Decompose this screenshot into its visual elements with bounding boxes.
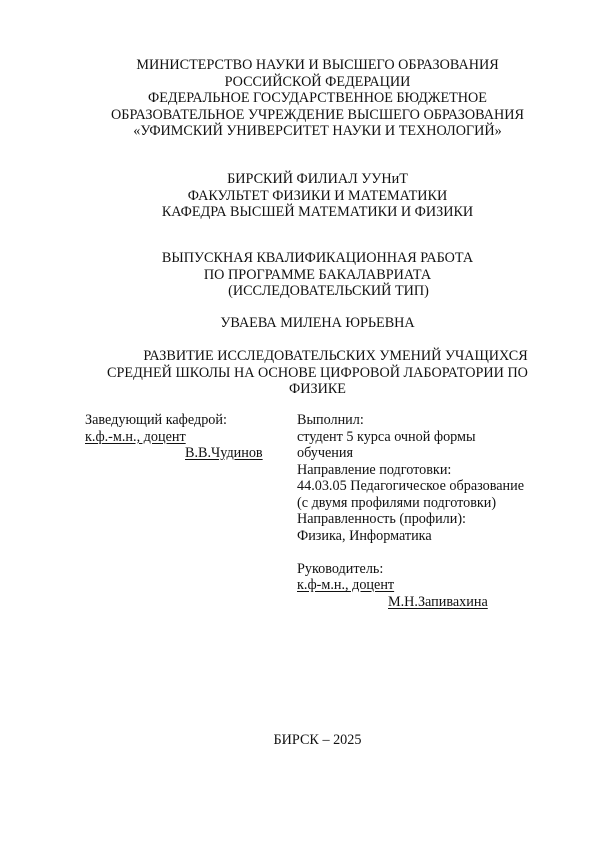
thesis-title: РАЗВИТИЕ ИССЛЕДОВАТЕЛЬСКИХ УМЕНИЙ УЧАЩИХ… [0, 348, 595, 398]
performer-block: Выполнил: студент 5 курса очной формы об… [297, 412, 537, 610]
department-line: КАФЕДРА ВЫСШЕЙ МАТЕМАТИКИ И ФИЗИКИ [40, 204, 595, 221]
faculty-line: ФАКУЛЬТЕТ ФИЗИКИ И МАТЕМАТИКИ [40, 188, 595, 205]
supervisor-block: Руководитель: к.ф-м.н., доцент М.Н.Запив… [297, 561, 537, 611]
performer-info-line: студент 5 курса очной формы [297, 429, 537, 446]
author-name: УВАЕВА МИЛЕНА ЮРЬЕВНА [0, 315, 595, 332]
supervisor-name: М.Н.Запивахина [388, 594, 488, 610]
performer-info-line: Направленность (профили): [297, 511, 537, 528]
work-type-line: (ИССЛЕДОВАТЕЛЬСКИЙ ТИП) [0, 283, 595, 300]
supervisor-label: Руководитель: [297, 561, 537, 578]
supervisor-degree: к.ф-м.н., доцент [297, 577, 394, 593]
work-type: ВЫПУСКНАЯ КВАЛИФИКАЦИОННАЯ РАБОТА ПО ПРО… [0, 250, 595, 300]
branch-header: БИРСКИЙ ФИЛИАЛ УУНиТ ФАКУЛЬТЕТ ФИЗИКИ И … [0, 171, 595, 221]
work-type-line: ВЫПУСКНАЯ КВАЛИФИКАЦИОННАЯ РАБОТА [0, 250, 595, 267]
performer-info-line: (с двумя профилями подготовки) [297, 495, 537, 512]
performer-info-line: 44.03.05 Педагогическое образование [297, 478, 537, 495]
city-year: БИРСК – 2025 [40, 732, 595, 749]
performer-info-line: Физика, Информатика [297, 528, 537, 545]
head-of-department-label: Заведующий кафедрой: [85, 412, 265, 429]
thesis-title-line: РАЗВИТИЕ ИССЛЕДОВАТЕЛЬСКИХ УМЕНИЙ УЧАЩИХ… [0, 348, 595, 365]
thesis-title-line: СРЕДНЕЙ ШКОЛЫ НА ОСНОВЕ ЦИФРОВОЙ ЛАБОРАТ… [0, 365, 595, 382]
author-name-text: УВАЕВА МИЛЕНА ЮРЬЕВНА [40, 315, 595, 332]
performer-info-line: Направление подготовки: [297, 462, 537, 479]
ministry-line: РОССИЙСКОЙ ФЕДЕРАЦИИ [0, 74, 595, 91]
ministry-line: ФЕДЕРАЛЬНОЕ ГОСУДАРСТВЕННОЕ БЮДЖЕТНОЕ [0, 90, 595, 107]
ministry-header: МИНИСТЕРСТВО НАУКИ И ВЫСШЕГО ОБРАЗОВАНИЯ… [0, 57, 595, 140]
performer-info-line: обучения [297, 445, 537, 462]
thesis-title-line: ФИЗИКЕ [0, 381, 595, 398]
head-of-department-degree: к.ф.-м.н., доцент [85, 429, 186, 445]
ministry-line: ОБРАЗОВАТЕЛЬНОЕ УЧРЕЖДЕНИЕ ВЫСШЕГО ОБРАЗ… [0, 107, 595, 124]
head-of-department-name: В.В.Чудинов [185, 445, 263, 461]
branch-line: БИРСКИЙ ФИЛИАЛ УУНиТ [40, 171, 595, 188]
head-of-department-block: Заведующий кафедрой: к.ф.-м.н., доцент В… [85, 412, 265, 462]
performed-by-label: Выполнил: [297, 412, 537, 429]
spacer [297, 544, 537, 561]
work-type-line: ПО ПРОГРАММЕ БАКАЛАВРИАТА [0, 267, 595, 284]
ministry-line: МИНИСТЕРСТВО НАУКИ И ВЫСШЕГО ОБРАЗОВАНИЯ [0, 57, 595, 74]
ministry-line: «УФИМСКИЙ УНИВЕРСИТЕТ НАУКИ И ТЕХНОЛОГИЙ… [0, 123, 595, 140]
footer: БИРСК – 2025 [0, 732, 595, 749]
